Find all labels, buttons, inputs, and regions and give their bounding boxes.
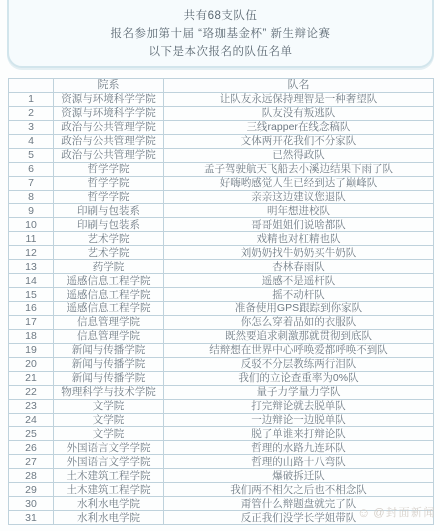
- table-row: 29 土木建筑工程学院 我们两不相欠之后也不相念队: [9, 483, 434, 497]
- row-index-cell: 14: [9, 274, 54, 288]
- table-row: 4 政治与公共管理学院 文体两开花我们不分家队: [9, 134, 434, 148]
- row-index-cell: 30: [9, 497, 54, 511]
- row-dept-cell: 外国语言文学学院: [54, 455, 164, 469]
- row-team-cell: 脱了单谁来打辩论队: [164, 427, 434, 441]
- row-team-cell: 已然得政队: [164, 148, 434, 162]
- row-dept-cell: 艺术学院: [54, 246, 164, 260]
- row-index-cell: 11: [9, 232, 54, 246]
- row-dept-cell: 新闻与传播学院: [54, 357, 164, 371]
- row-dept-cell: 水利水电学院: [54, 497, 164, 511]
- row-index-cell: 19: [9, 343, 54, 357]
- row-dept-cell: 信息管理学院: [54, 315, 164, 329]
- row-index-cell: 26: [9, 441, 54, 455]
- row-dept-cell: 遥感信息工程学院: [54, 274, 164, 288]
- row-team-cell: 量子力学量力学队: [164, 385, 434, 399]
- row-team-cell: 爆破拆迁队: [164, 469, 434, 483]
- table-row: 5 政治与公共管理学院 已然得政队: [9, 148, 434, 162]
- table-row: 3 政治与公共管理学院 三线rapper在线念稿队: [9, 120, 434, 134]
- row-team-cell: 摇不动杆队: [164, 288, 434, 302]
- row-dept-cell: 土木建筑工程学院: [54, 483, 164, 497]
- row-team-cell: 结辩想在世界中心呼唤爱都呼唤不到队: [164, 343, 434, 357]
- row-index-cell: 25: [9, 427, 54, 441]
- row-index-cell: 29: [9, 483, 54, 497]
- row-dept-cell: 资源与环境科学学院: [54, 92, 164, 106]
- row-dept-cell: 药学院: [54, 260, 164, 274]
- table-row: 2 资源与环境科学学院 队友没有叛逃队: [9, 106, 434, 120]
- watermark: ☺ @封面新闻: [357, 504, 436, 520]
- row-index-cell: 28: [9, 469, 54, 483]
- table-row: 26 外国语言文学学院 哲理的水路九连环队: [9, 441, 434, 455]
- row-team-cell: 我们两不相欠之后也不相念队: [164, 483, 434, 497]
- row-dept-cell: 外国语言文学学院: [54, 441, 164, 455]
- row-index-cell: 23: [9, 399, 54, 413]
- row-team-cell: 队友没有叛逃队: [164, 106, 434, 120]
- row-dept-cell: 文学院: [54, 427, 164, 441]
- row-index-cell: 31: [9, 511, 54, 525]
- table-row: 25 文学院 脱了单谁来打辩论队: [9, 427, 434, 441]
- row-dept-cell: 哲学学院: [54, 190, 164, 204]
- row-team-cell: 让队友永远保持理智是一种奢望队: [164, 92, 434, 106]
- row-dept-cell: 新闻与传播学院: [54, 371, 164, 385]
- watermark-text: @封面新闻: [373, 504, 436, 520]
- table-row: 20 新闻与传播学院 反驳不分层教练两行泪队: [9, 357, 434, 371]
- row-index-cell: 3: [9, 120, 54, 134]
- row-team-cell: 哥哥姐姐们说啥都队: [164, 218, 434, 232]
- row-index-cell: 17: [9, 315, 54, 329]
- row-dept-cell: 印刷与包装系: [54, 218, 164, 232]
- row-team-cell: 三线rapper在线念稿队: [164, 120, 434, 134]
- row-index-cell: 7: [9, 176, 54, 190]
- team-table-body: 1 资源与环境科学学院 让队友永远保持理智是一种奢望队 2 资源与环境科学学院 …: [9, 92, 434, 524]
- row-dept-cell: 土木建筑工程学院: [54, 469, 164, 483]
- notice-text: 共有68支队伍 报名参加第十届 “珞珈基金杯” 新生辩论赛 以下是本次报名的队伍…: [9, 7, 432, 61]
- notice-line-team-count: 共有68支队伍: [9, 7, 432, 25]
- row-team-cell: 哲理的山路十八弯队: [164, 455, 434, 469]
- row-team-cell: 一边辩论一边脱单队: [164, 413, 434, 427]
- row-index-cell: 6: [9, 162, 54, 176]
- table-row: 27 外国语言文学学院 哲理的山路十八弯队: [9, 455, 434, 469]
- row-dept-cell: 资源与环境科学学院: [54, 106, 164, 120]
- table-row: 9 印刷与包装系 明年想进校队: [9, 204, 434, 218]
- notice-line-list-intro: 以下是本次报名的队伍名单: [9, 43, 432, 61]
- table-row: 22 物理科学与技术学院 量子力学量力学队: [9, 385, 434, 399]
- table-row: 13 药学院 杏林春雨队: [9, 260, 434, 274]
- row-dept-cell: 政治与公共管理学院: [54, 134, 164, 148]
- column-header-team: 队名: [164, 79, 434, 93]
- row-index-cell: 13: [9, 260, 54, 274]
- row-index-cell: 5: [9, 148, 54, 162]
- row-team-cell: 明年想进校队: [164, 204, 434, 218]
- table-row: 11 艺术学院 戏精也对杠精也队: [9, 232, 434, 246]
- row-dept-cell: 哲学学院: [54, 176, 164, 190]
- row-team-cell: 好嗨哟感觉人生已经到达了巅峰队: [164, 176, 434, 190]
- row-team-cell: 孟子驾驶航天飞船去小溪边结果下雨了队: [164, 162, 434, 176]
- row-dept-cell: 政治与公共管理学院: [54, 148, 164, 162]
- row-index-cell: 2: [9, 106, 54, 120]
- row-dept-cell: 文学院: [54, 413, 164, 427]
- row-dept-cell: 艺术学院: [54, 232, 164, 246]
- row-team-cell: 亲亲这边建议您退队: [164, 190, 434, 204]
- row-index-cell: 15: [9, 288, 54, 302]
- table-row: 15 遥感信息工程学院 摇不动杆队: [9, 288, 434, 302]
- row-team-cell: 反驳不分层教练两行泪队: [164, 357, 434, 371]
- screenshot-root: 共有68支队伍 报名参加第十届 “珞珈基金杯” 新生辩论赛 以下是本次报名的队伍…: [0, 0, 440, 531]
- row-index-cell: 8: [9, 190, 54, 204]
- table-row: 16 遥感信息工程学院 准备使用GPS跟踪到你家队: [9, 302, 434, 316]
- table-row: 24 文学院 一边辩论一边脱单队: [9, 413, 434, 427]
- table-row: 23 文学院 打完辩论就去脱单队: [9, 399, 434, 413]
- row-team-cell: 我们的立论查重率为0%队: [164, 371, 434, 385]
- column-header-index: [9, 79, 54, 93]
- row-index-cell: 12: [9, 246, 54, 260]
- row-team-cell: 你怎么穿着品如的衣服队: [164, 315, 434, 329]
- row-team-cell: 杏林春雨队: [164, 260, 434, 274]
- row-team-cell: 刘奶奶找牛奶奶买牛奶队: [164, 246, 434, 260]
- table-row: 1 资源与环境科学学院 让队友永远保持理智是一种奢望队: [9, 92, 434, 106]
- watermark-smiley-icon: ☺: [357, 506, 370, 519]
- table-header-row: 院系 队名: [9, 79, 434, 93]
- table-row: 8 哲学学院 亲亲这边建议您退队: [9, 190, 434, 204]
- row-dept-cell: 政治与公共管理学院: [54, 120, 164, 134]
- row-dept-cell: 哲学学院: [54, 162, 164, 176]
- row-dept-cell: 印刷与包装系: [54, 204, 164, 218]
- row-team-cell: 打完辩论就去脱单队: [164, 399, 434, 413]
- row-index-cell: 18: [9, 329, 54, 343]
- row-team-cell: 准备使用GPS跟踪到你家队: [164, 302, 434, 316]
- row-index-cell: 10: [9, 218, 54, 232]
- table-row: 7 哲学学院 好嗨哟感觉人生已经到达了巅峰队: [9, 176, 434, 190]
- row-dept-cell: 水利水电学院: [54, 511, 164, 525]
- row-index-cell: 9: [9, 204, 54, 218]
- notice-box: 共有68支队伍 报名参加第十届 “珞珈基金杯” 新生辩论赛 以下是本次报名的队伍…: [7, 0, 434, 68]
- row-dept-cell: 遥感信息工程学院: [54, 302, 164, 316]
- row-team-cell: 既然要追求刺激那就贯彻到底队: [164, 329, 434, 343]
- table-row: 18 信息管理学院 既然要追求刺激那就贯彻到底队: [9, 329, 434, 343]
- table-row: 17 信息管理学院 你怎么穿着品如的衣服队: [9, 315, 434, 329]
- table-row: 10 印刷与包装系 哥哥姐姐们说啥都队: [9, 218, 434, 232]
- row-index-cell: 4: [9, 134, 54, 148]
- table-row: 6 哲学学院 孟子驾驶航天飞船去小溪边结果下雨了队: [9, 162, 434, 176]
- row-team-cell: 哲理的水路九连环队: [164, 441, 434, 455]
- table-row: 21 新闻与传播学院 我们的立论查重率为0%队: [9, 371, 434, 385]
- row-dept-cell: 遥感信息工程学院: [54, 288, 164, 302]
- table-row: 12 艺术学院 刘奶奶找牛奶奶买牛奶队: [9, 246, 434, 260]
- row-index-cell: 1: [9, 92, 54, 106]
- row-dept-cell: 文学院: [54, 399, 164, 413]
- row-index-cell: 21: [9, 371, 54, 385]
- row-index-cell: 27: [9, 455, 54, 469]
- table-row: 28 土木建筑工程学院 爆破拆迁队: [9, 469, 434, 483]
- notice-line-event-name: 报名参加第十届 “珞珈基金杯” 新生辩论赛: [9, 25, 432, 43]
- column-header-dept: 院系: [54, 79, 164, 93]
- row-team-cell: 遥感不是遥杆队: [164, 274, 434, 288]
- row-dept-cell: 物理科学与技术学院: [54, 385, 164, 399]
- row-index-cell: 20: [9, 357, 54, 371]
- row-team-cell: 文体两开花我们不分家队: [164, 134, 434, 148]
- row-index-cell: 22: [9, 385, 54, 399]
- table-row: 14 遥感信息工程学院 遥感不是遥杆队: [9, 274, 434, 288]
- table-row: 19 新闻与传播学院 结辩想在世界中心呼唤爱都呼唤不到队: [9, 343, 434, 357]
- team-roster-table: 院系 队名 1 资源与环境科学学院 让队友永远保持理智是一种奢望队 2 资源与环…: [8, 78, 434, 525]
- row-index-cell: 24: [9, 413, 54, 427]
- row-dept-cell: 信息管理学院: [54, 329, 164, 343]
- row-index-cell: 16: [9, 302, 54, 316]
- row-team-cell: 戏精也对杠精也队: [164, 232, 434, 246]
- row-dept-cell: 新闻与传播学院: [54, 343, 164, 357]
